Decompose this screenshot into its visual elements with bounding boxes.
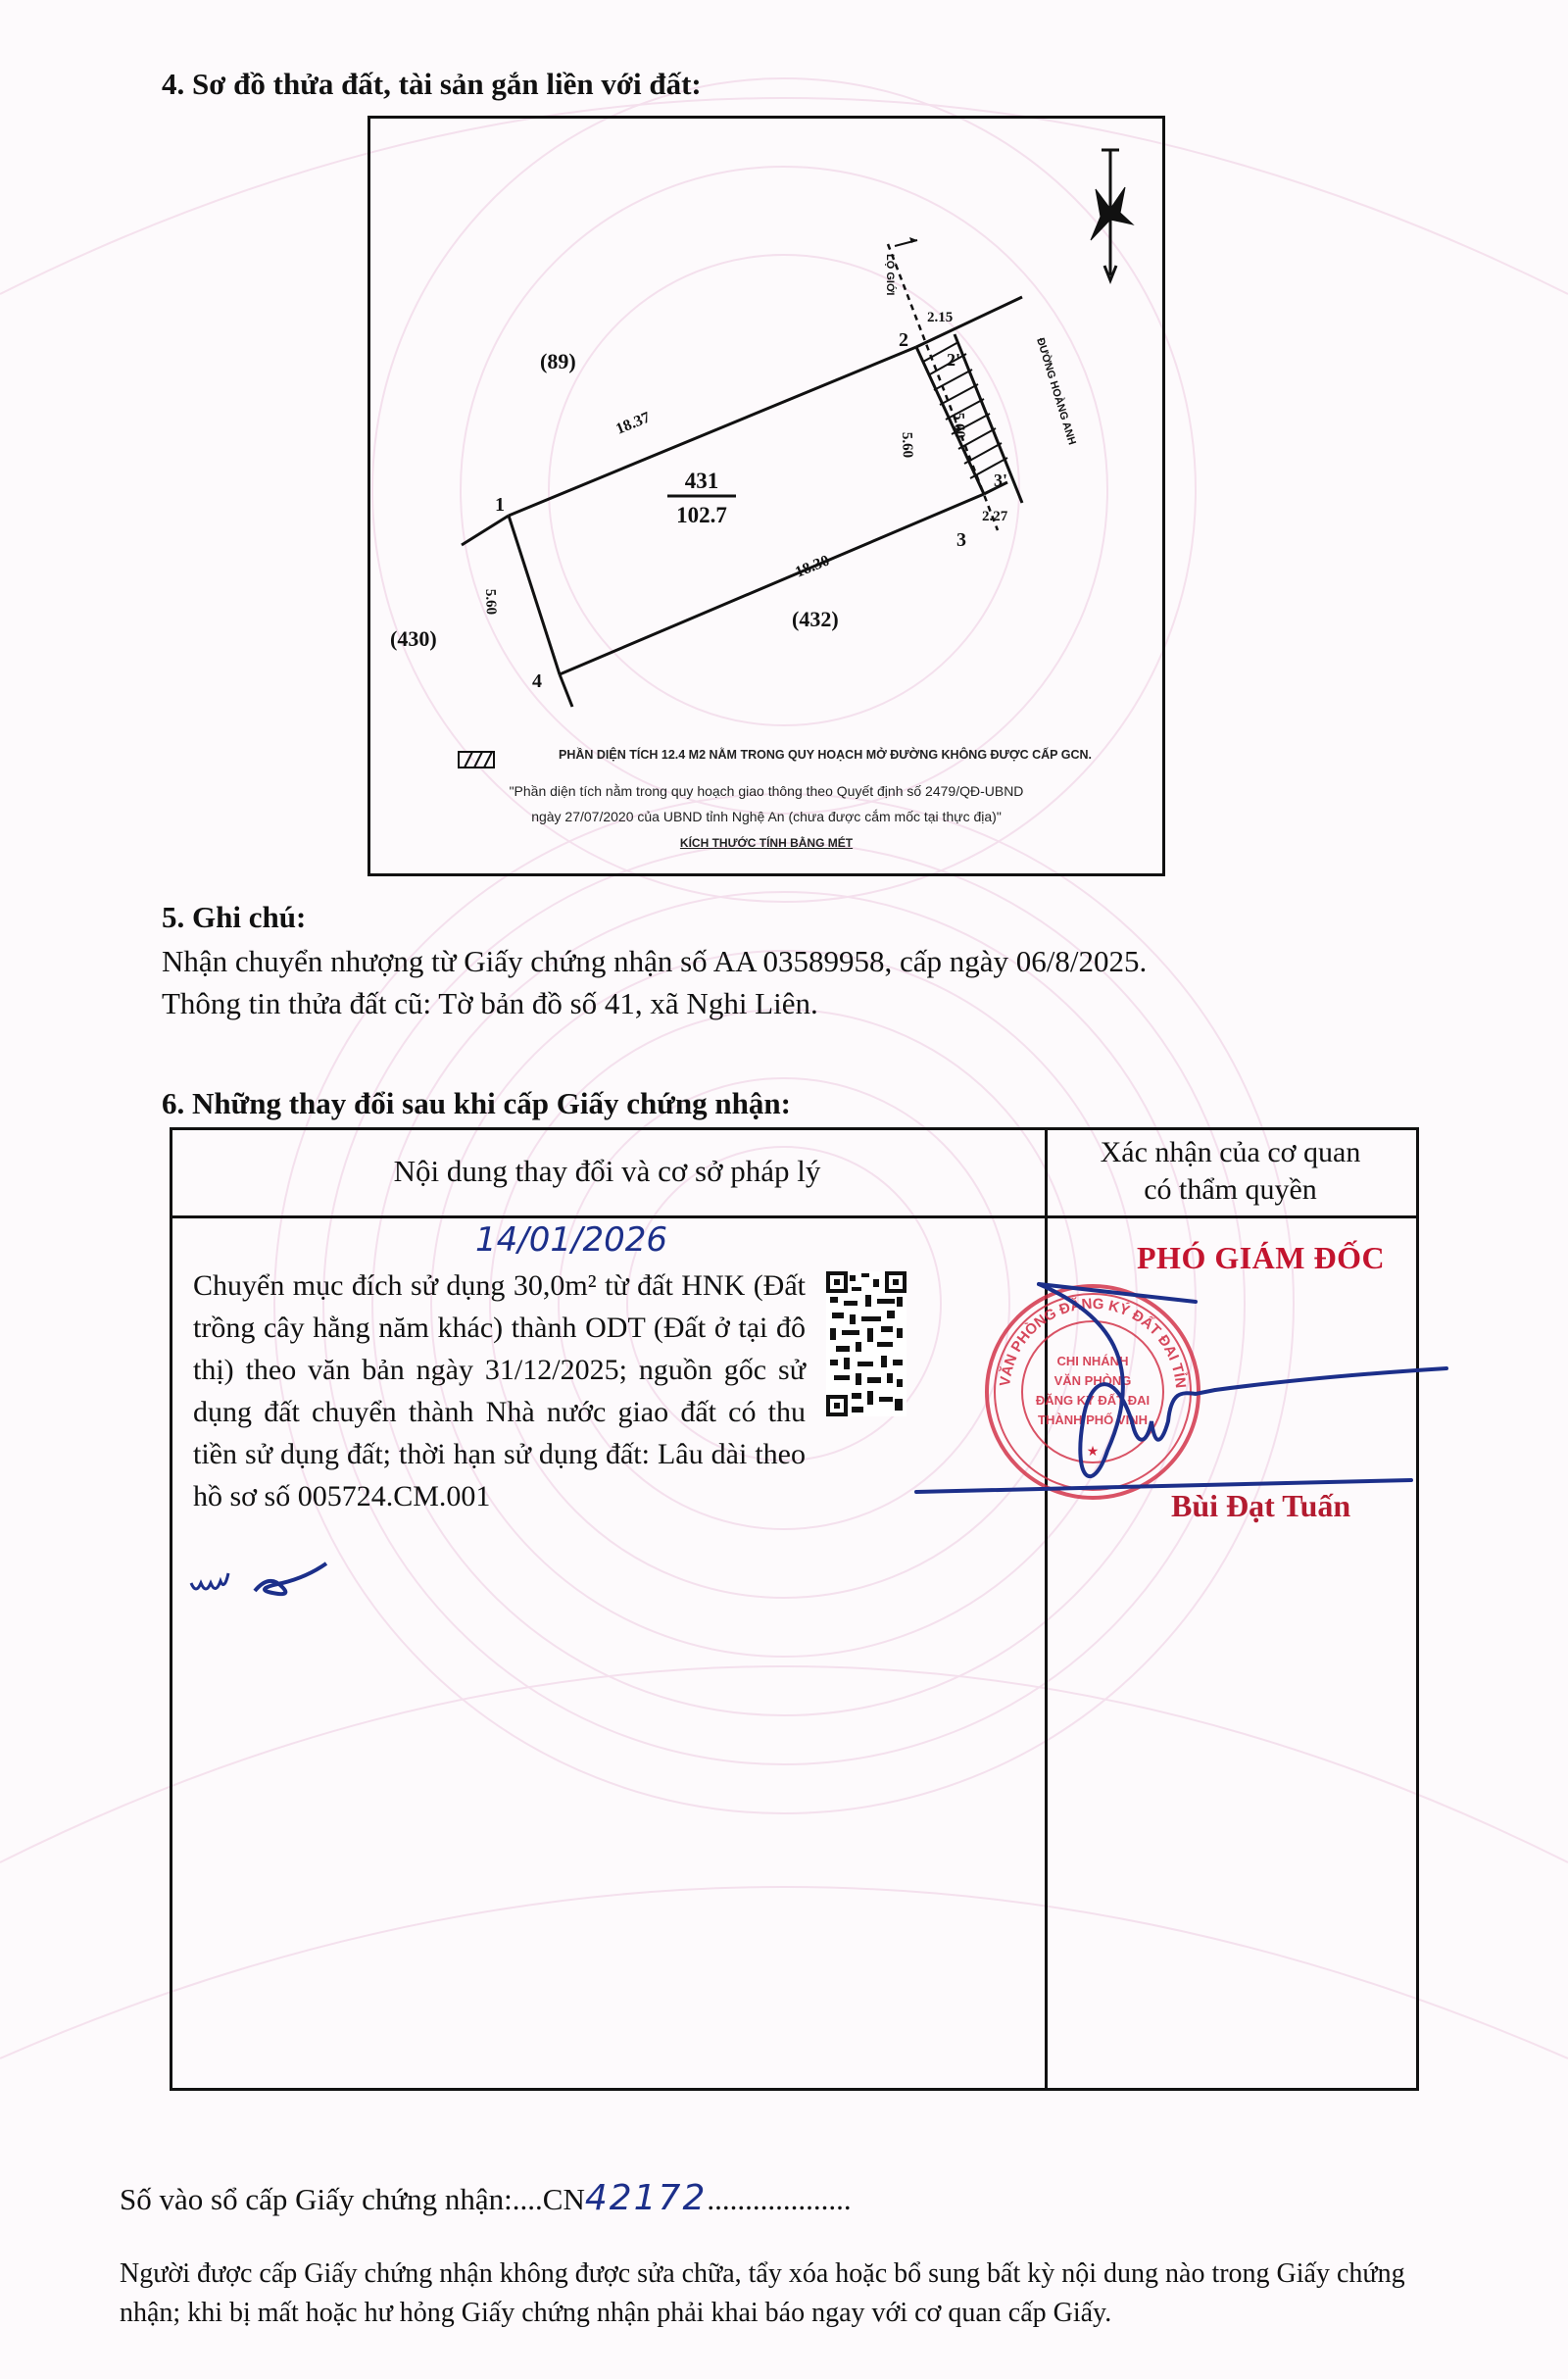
legend-note-line-2: ngày 27/07/2020 của UBND tỉnh Nghệ An (c… (370, 809, 1162, 824)
svg-text:2: 2 (899, 329, 908, 351)
handwritten-date: 14/01/2026 (475, 1220, 667, 1260)
svg-text:2': 2' (947, 350, 960, 370)
section-5-title: 5. Ghi chú: (162, 900, 306, 935)
column-header-content: Nội dung thay đổi và cơ sở pháp lý (170, 1127, 1045, 1215)
column-header-confirmation-line-1: Xác nhận của cơ quan (1101, 1134, 1361, 1171)
svg-text:4: 4 (532, 670, 542, 692)
svg-text:5.60: 5.60 (899, 432, 915, 459)
legend-hatched-text: PHẦN DIỆN TÍCH 12.4 M2 NẰM TRONG QUY HOẠ… (370, 748, 1221, 762)
registry-number-line: Số vào sổ cấp Giấy chứng nhận:....CN4217… (120, 2178, 852, 2218)
svg-text:18.30: 18.30 (793, 552, 832, 580)
neighbor-north: (89) (540, 349, 576, 373)
section-4-title: 4. Sơ đồ thửa đất, tài sản gắn liền với … (162, 67, 702, 102)
svg-text:5.60: 5.60 (482, 589, 499, 616)
change-content-text: Chuyển mục đích sử dụng 30,0m² từ đất HN… (193, 1264, 806, 1517)
section-6-title: 6. Những thay đổi sau khi cấp Giấy chứng… (162, 1086, 791, 1121)
column-header-confirmation-line-2: có thẩm quyền (1144, 1171, 1317, 1209)
parcel-diagram: (89) (430) (432) 431 102.7 1 2 3 4 2' 3'… (367, 116, 1165, 876)
svg-text:2.15: 2.15 (927, 310, 953, 325)
registry-label: Số vào sổ cấp Giấy chứng nhận:....CN (120, 2182, 585, 2216)
note-line-2: Thông tin thửa đất cũ: Tờ bản đồ số 41, … (162, 983, 818, 1024)
svg-text:18.37: 18.37 (613, 409, 653, 437)
legend-note-line-1: "Phần diện tích nằm trong quy hoạch giao… (370, 783, 1162, 799)
officer-name: Bùi Đạt Tuấn (1171, 1488, 1350, 1524)
legend-unit: KÍCH THƯỚC TÍNH BẰNG MÉT (370, 836, 1162, 850)
parcel-number: 431 (685, 469, 719, 493)
svg-text:ĐƯỜNG HOÀNG ANH: ĐƯỜNG HOÀNG ANH (1034, 336, 1079, 446)
note-line-1: Nhận chuyển nhượng từ Giấy chứng nhận số… (162, 941, 1147, 982)
svg-text:1: 1 (495, 494, 505, 516)
parcel-area: 102.7 (676, 503, 727, 527)
svg-text:5.60: 5.60 (951, 413, 967, 439)
svg-text:LỘ GIỚI: LỘ GIỚI (884, 254, 897, 295)
neighbor-south: (432) (792, 607, 839, 631)
officer-title: PHÓ GIÁM ĐỐC (1137, 1240, 1385, 1276)
svg-text:2.27: 2.27 (982, 509, 1008, 524)
svg-text:3: 3 (956, 529, 966, 551)
svg-text:3': 3' (994, 471, 1007, 490)
registry-dots: ................... (707, 2182, 851, 2216)
neighbor-west: (430) (390, 626, 437, 651)
compass-north-arrow-icon (1091, 150, 1133, 280)
qr-code-icon (826, 1271, 906, 1416)
footer-warning-note: Người được cấp Giấy chứng nhận không đượ… (120, 2255, 1462, 2333)
column-header-confirmation: Xác nhận của cơ quan có thẩm quyền (1045, 1127, 1416, 1215)
registry-number: 42172 (585, 2178, 708, 2218)
signature-initials (186, 1554, 382, 1612)
